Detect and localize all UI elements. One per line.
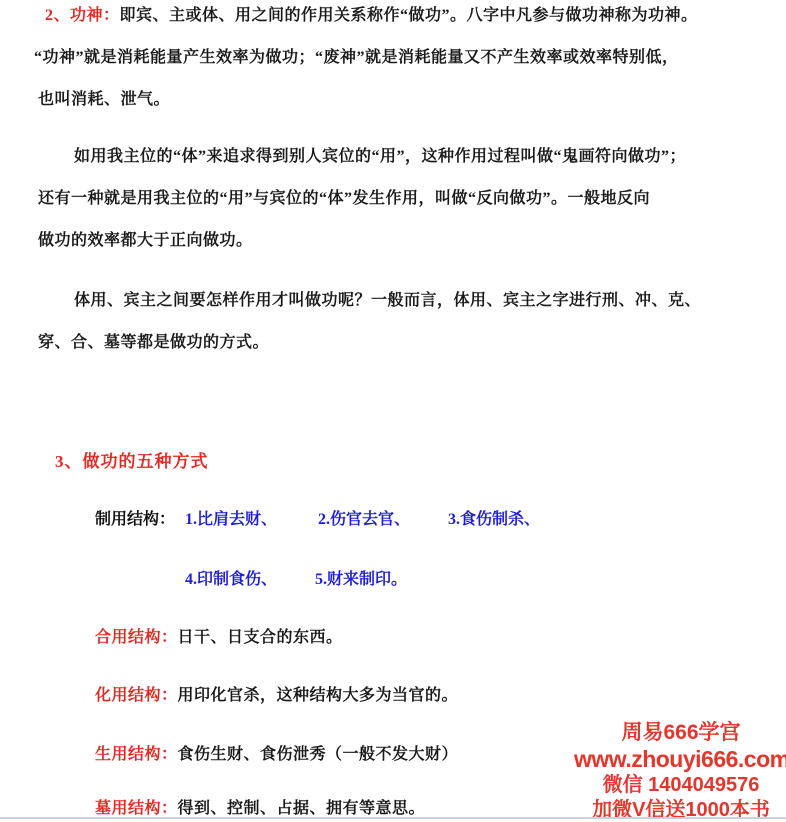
body-text: 即宾、主或体、用之间的作用关系称作“做功”。八字中凡参与做功神称为功神。 [120, 7, 698, 24]
body-text: 还有一种就是用我主位的“用”与宾位的“体”发生作用，叫做“反向做功”。一般地反向 [38, 190, 650, 207]
body-line: 体用、宾主之间要怎样作用才叫做功呢？一般而言，体用、宾主之字进行刑、冲、克、 [74, 289, 701, 313]
structure-label-muyong: 墓用结构： [95, 800, 178, 817]
body-text: 做功的效率都大于正向做功。 [38, 232, 253, 249]
structure-label-shengyong: 生用结构： [95, 746, 178, 763]
method-item-5: 5.财来制印。 [315, 566, 407, 589]
body-line: 生用结构：食伤生财、食伤泄秀（一般不发大财） [95, 743, 458, 767]
body-line: “功神”就是消耗能量产生效率为做功；“废神”就是消耗能量又不产生效率或效率特别低… [34, 46, 679, 70]
body-line: 2、功神：即宾、主或体、用之间的作用关系称作“做功”。八字中凡参与做功神称为功神… [45, 4, 698, 28]
body-text: 得到、控制、占据、拥有等意思。 [178, 800, 426, 817]
body-text: 如用我主位的“体”来追求得到别人宾位的“用”，这种作用过程叫做“鬼画符向做功”； [74, 148, 686, 165]
watermark: 周易666学宫 www.zhouyi666.com 微信 1404049576 … [574, 719, 786, 822]
method-item-1: 1.比肩去财、 [185, 506, 277, 529]
watermark-url: www.zhouyi666.com [574, 746, 786, 773]
body-line: 还有一种就是用我主位的“用”与宾位的“体”发生作用，叫做“反向做功”。一般地反向 [38, 187, 650, 211]
structure-label-zhiyong: 制用结构： [95, 506, 175, 529]
body-text: 用印化官杀，这种结构大多为当官的。 [178, 687, 459, 704]
body-line: 做功的效率都大于正向做功。 [38, 229, 253, 253]
section-2-number-heading: 2、功神： [45, 7, 120, 24]
page-bottom-divider [0, 817, 786, 819]
watermark-site-name: 周易666学宫 [574, 719, 786, 746]
method-item-4: 4.印制食伤、 [185, 566, 277, 589]
structure-label-huayong: 化用结构： [95, 687, 178, 704]
watermark-wechat-id: 微信 1404049576 [574, 773, 786, 798]
body-text: 日干、日支合的东西。 [178, 629, 343, 646]
method-item-2: 2.伤官去官、 [318, 506, 410, 529]
body-line: 也叫消耗、泄气。 [38, 88, 170, 112]
body-text: “功神”就是消耗能量产生效率为做功；“废神”就是消耗能量又不产生效率或效率特别低… [34, 49, 679, 66]
body-line: 合用结构：日干、日支合的东西。 [95, 626, 343, 650]
body-line: 穿、合、墓等都是做功的方式。 [38, 331, 269, 355]
body-text: 穿、合、墓等都是做功的方式。 [38, 334, 269, 351]
structure-label-heyong: 合用结构： [95, 629, 178, 646]
body-line: 如用我主位的“体”来追求得到别人宾位的“用”，这种作用过程叫做“鬼画符向做功”； [74, 145, 686, 169]
body-text: 食伤生财、食伤泄秀（一般不发大财） [178, 746, 459, 763]
document-page: 2、功神：即宾、主或体、用之间的作用关系称作“做功”。八字中凡参与做功神称为功神… [0, 0, 786, 822]
body-text: 体用、宾主之间要怎样作用才叫做功呢？一般而言，体用、宾主之字进行刑、冲、克、 [74, 292, 701, 309]
method-item-3: 3.食伤制杀、 [448, 506, 540, 529]
body-text: 也叫消耗、泄气。 [38, 91, 170, 108]
section-3-heading: 3、做功的五种方式 [55, 447, 209, 472]
body-line: 化用结构：用印化官杀，这种结构大多为当官的。 [95, 684, 458, 708]
